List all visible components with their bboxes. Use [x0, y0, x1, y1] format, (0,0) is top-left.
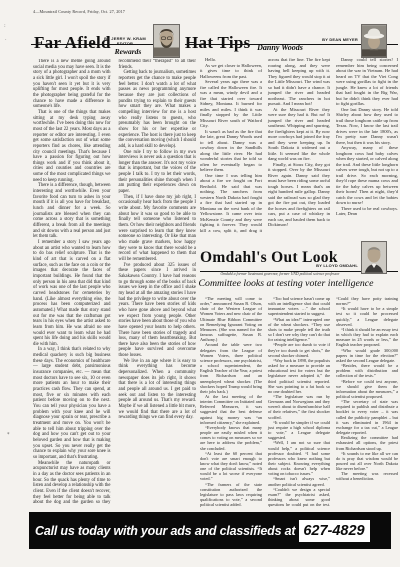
headshot-illustration [362, 242, 386, 273]
omdahl-column-headline: Committee looks at testing voter intelli… [198, 279, 374, 289]
paragraph: “Too bad science hasn't come up with an … [268, 296, 330, 317]
paragraph: We live in an age where it is easy to th… [119, 359, 197, 421]
paragraph: “Way back in 1898, the populists asked f… [268, 358, 330, 394]
paragraph: I've produced about 325 issues of these … [119, 263, 197, 359]
classifieds-ad-banner: Call us today with your ads and classifi… [29, 512, 391, 549]
paragraph: There used to be real cowboys. Later, De… [336, 206, 398, 217]
paragraph: That is one of the things that makes sit… [33, 110, 111, 184]
paragraph: “Well, I am not so sure that would help,… [268, 440, 330, 476]
paragraph: The meeting was recessed without a bened… [336, 471, 398, 481]
paragraph: At the Missouri River they were sure the… [268, 107, 330, 162]
hat-tips-body: Hello.As we get closer to Halloween, it … [200, 57, 398, 237]
paragraph: There is a new meme going around social … [33, 59, 111, 110]
paragraph: “Everybody knows that many people are ea… [200, 425, 262, 451]
folio-line: 4—Mountrail County Record, Friday, Oct. … [33, 9, 125, 14]
scan-speck: : [4, 24, 6, 29]
paragraph: “It sounds to me like all we can do is p… [336, 451, 398, 472]
paragraph: “It would be simpler if we could just re… [268, 420, 330, 441]
paragraph: “What an idea!” interrupted one of the w… [268, 317, 330, 343]
paragraph: Danny could tell stories! I remember him… [336, 57, 398, 107]
headshot-illustration [362, 25, 386, 57]
paragraph: Several years ago there was a fire calle… [200, 79, 262, 129]
paragraph: “The legislature was run by Germans and … [268, 394, 330, 420]
paragraph: One rule I try to follow in my own inter… [119, 150, 197, 195]
hat-tips-subhead: Danny Woods [200, 44, 360, 52]
paragraph: Anyway, many of these longhorn cows had … [336, 145, 398, 206]
paragraph: “I think it should be an essay test in w… [336, 327, 398, 348]
hat-tips-byline: BY DEAN MEYER [295, 38, 358, 43]
paragraph: “Before we could test anyone, we should … [336, 379, 398, 400]
paragraph: In a way, I think that's related to why … [33, 347, 111, 460]
paragraph: “The secretary of state was required to … [336, 399, 398, 435]
paragraph: “At least the 60 percent that don't vote… [200, 451, 262, 482]
paragraph: “Besides, there would be a problem with … [336, 363, 398, 378]
paragraph: “Smart isn't always wise,” another polit… [268, 476, 330, 486]
scan-speck: . [5, 37, 7, 42]
banner-text: Call us today with your ads and classifi… [29, 524, 295, 538]
paragraph: Finally, at Sioux City, they got it stop… [268, 162, 330, 228]
paragraph: “The meeting will come to order,” announ… [200, 296, 262, 342]
lloyd-omdahl-headshot [361, 241, 387, 274]
paragraph: As we get closer to Halloween, it gives … [200, 63, 262, 80]
paragraph: I remember a story I saw years ago about… [33, 240, 111, 347]
paragraph: “It would have to be a simple test so it… [336, 306, 398, 327]
omdahl-credit-line: Omdahl a former lieutenant governor, for… [198, 273, 362, 277]
paragraph: There is a difference, though, between i… [33, 183, 111, 240]
paragraph: Realizing the committee had exhausted al… [336, 435, 398, 450]
paragraph: “Who would grade 300,000 papers in time … [336, 348, 398, 363]
paragraph: “The framers of the state constitution a… [200, 482, 262, 508]
paragraph: Getting back to journalism, sometimes re… [119, 70, 197, 149]
paragraph: It wasn't as bad as the fire that the la… [200, 129, 262, 173]
paragraph: “People are too dumb to vote if they're … [268, 342, 330, 357]
newspaper-page: 4—Mountrail County Record, Friday, Oct. … [0, 0, 400, 567]
omdahl-body: “The meeting will come to order,” announ… [200, 296, 398, 517]
far-afield-subhead: Rewards [53, 48, 203, 56]
paragraph: Then, if I have done my job right, I occ… [119, 195, 197, 263]
omdahl-byline: BY LLOYD OMDAHL [255, 264, 358, 269]
paragraph: One last Danny story. He told Shirley ab… [336, 107, 398, 146]
far-afield-body: There is a new meme going around social … [33, 59, 196, 516]
paragraph: At the last meeting of the interim Commi… [200, 394, 262, 425]
scan-speck: * [7, 433, 10, 438]
paragraph: Around the table were two delegates from… [200, 342, 262, 394]
banner-phone-number: 627-4829 [299, 520, 369, 542]
dean-meyer-headshot [361, 24, 387, 58]
